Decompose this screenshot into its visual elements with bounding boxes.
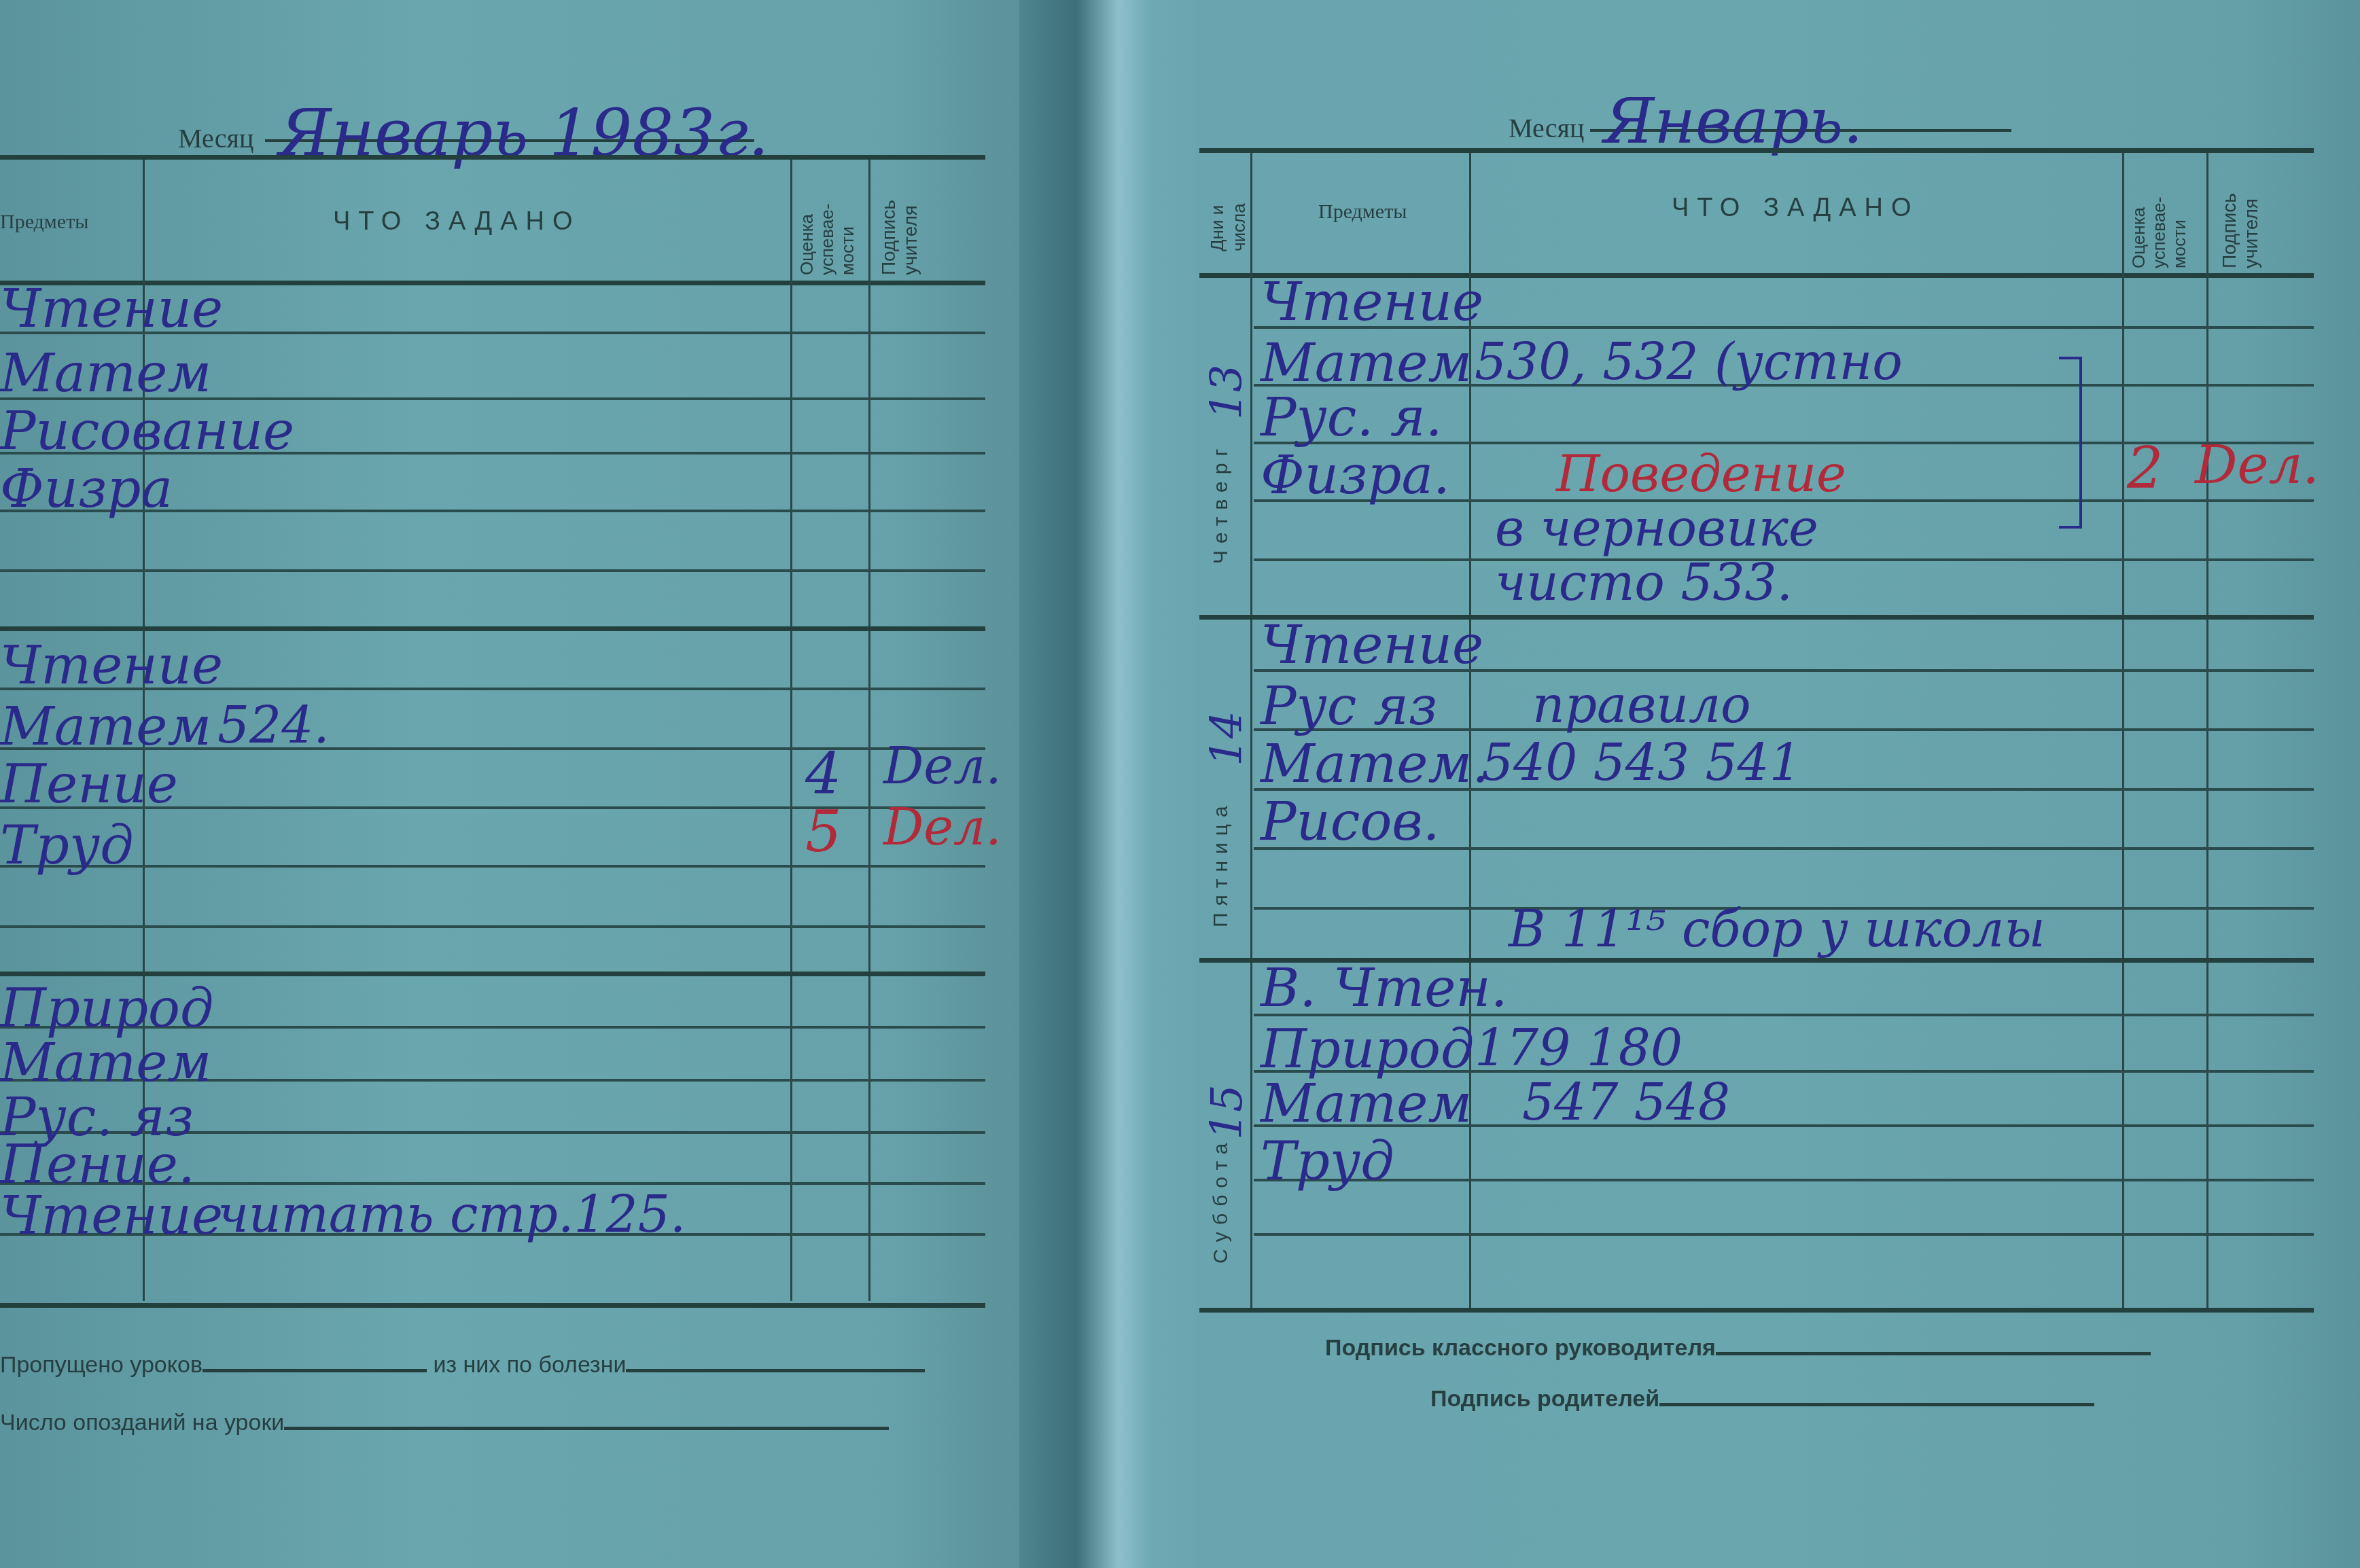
grade: 5 — [805, 798, 841, 865]
task: 524. — [217, 696, 330, 755]
subject: Матем — [1261, 333, 1472, 394]
grade: 4 — [805, 741, 841, 807]
illness-field[interactable] — [626, 1369, 925, 1372]
subject: Природ — [1261, 1019, 1475, 1080]
date-14: 14 — [1202, 711, 1252, 766]
late-arrivals-label: Число опозданий на уроки — [0, 1410, 284, 1436]
header-subjects: Предметы — [0, 211, 88, 234]
row-rule — [0, 865, 985, 868]
subject: Природ — [0, 978, 214, 1039]
month-value: Январь. — [1604, 85, 1863, 158]
col-divider-grade — [868, 160, 870, 1301]
table-bottom-rule — [1199, 1308, 2314, 1313]
class-teacher-signature-label: Подпись классного руководителя — [1325, 1335, 1716, 1361]
subject: Рисование — [0, 401, 294, 462]
header-top-rule — [0, 155, 985, 160]
class-teacher-signature-line: Подпись классного руководителя — [1325, 1335, 2151, 1361]
row-rule — [1254, 1233, 2314, 1236]
subject: Пение — [0, 754, 178, 815]
subject: В. Чтен. — [1261, 958, 1508, 1019]
month-label: Месяц — [178, 122, 253, 154]
task: 540 543 541 — [1481, 734, 1801, 792]
col-divider-task — [790, 160, 792, 1301]
grade: 2 — [2127, 435, 2163, 501]
task: читать стр.125. — [217, 1186, 686, 1244]
month-value: Январь 1983г. — [279, 95, 769, 171]
subject: Физра. — [1261, 445, 1450, 506]
subject: Чтение — [0, 279, 223, 340]
task: правило — [1532, 676, 1751, 734]
weekday-saturday: Суббота — [1210, 1137, 1233, 1264]
date-15: 15 — [1202, 1084, 1252, 1139]
subject: Матем. — [1261, 734, 1489, 795]
subject: Чтение — [0, 635, 223, 696]
subject: Матем — [0, 1033, 211, 1094]
subject: Матем — [1261, 1073, 1472, 1135]
parents-signature-field[interactable] — [1659, 1403, 2094, 1406]
header-subjects: Предметы — [1318, 200, 1407, 224]
weekday-friday: Пятница — [1210, 799, 1233, 927]
task: чисто 533. — [1495, 554, 1793, 612]
table-bottom-rule — [0, 1303, 985, 1308]
missed-lessons-line: Пропущено уроков из них по болезни — [0, 1352, 925, 1378]
subject: Чтение — [1261, 272, 1483, 333]
subject: Физра — [0, 459, 173, 520]
parents-signature-label: Подпись родителей — [1430, 1386, 1659, 1412]
late-arrivals-field[interactable] — [284, 1427, 889, 1430]
row-rule — [0, 569, 985, 572]
task: 547 548 — [1522, 1073, 1730, 1132]
date-13: 13 — [1202, 364, 1252, 419]
right-page: Месяц Январь. Дни и числа Предметы ЧТО З… — [1196, 0, 2360, 1568]
left-page: Месяц Январь 1983г. Предметы ЧТО ЗАДАНО … — [0, 0, 1038, 1568]
month-label: Месяц — [1509, 112, 1584, 144]
bracket-mark — [2059, 357, 2082, 529]
header-grade: Оценка успевае-мости — [2128, 156, 2189, 268]
task: 179 180 — [1475, 1019, 1683, 1077]
subject: Рус. я. — [1261, 387, 1442, 448]
teacher-signature: Dел. — [883, 798, 1002, 857]
late-arrivals-line: Число опозданий на уроки — [0, 1410, 889, 1436]
teacher-signature: Dел. — [883, 737, 1002, 796]
header-teacher-signature: Подпись учителя — [878, 163, 921, 275]
parents-signature-line: Подпись родителей — [1430, 1386, 2094, 1412]
header-grade: Оценка успевае-мости — [796, 163, 858, 275]
weekday-thursday: Четверг — [1210, 442, 1233, 564]
header-top-rule — [1199, 148, 2314, 153]
header-what-assigned: ЧТО ЗАДАНО — [1672, 194, 1920, 223]
class-teacher-signature-field[interactable] — [1716, 1352, 2151, 1355]
day-divider — [0, 626, 985, 631]
illness-label: из них по болезни — [433, 1352, 626, 1378]
subject: Труд — [1261, 1131, 1394, 1192]
task-behavior: Поведение — [1556, 445, 1846, 503]
header-days-dates: Дни и числа — [1206, 156, 1250, 251]
subject: Чтение — [1261, 615, 1483, 676]
task: в черновике — [1495, 499, 1818, 558]
book-spine — [1019, 0, 1210, 1568]
subject: Матем — [0, 343, 211, 404]
subject: Труд — [0, 815, 134, 876]
subject: Матем — [0, 696, 211, 758]
task-note: В 11¹⁵ сбор у школы — [1509, 900, 2045, 959]
day-divider — [0, 972, 985, 976]
header-what-assigned: ЧТО ЗАДАНО — [333, 207, 581, 236]
subject: Рус яз — [1261, 676, 1437, 737]
missed-lessons-label: Пропущено уроков — [0, 1352, 202, 1378]
task: 530, 532 (устно — [1475, 333, 1903, 391]
subject: Чтение — [0, 1186, 223, 1247]
row-rule — [0, 925, 985, 928]
teacher-signature: Dел. — [2195, 435, 2319, 496]
row-rule — [1254, 1179, 2314, 1181]
subject: Рисов. — [1261, 791, 1440, 853]
header-teacher-signature: Подпись учителя — [2219, 156, 2262, 268]
missed-lessons-field[interactable] — [202, 1369, 427, 1372]
